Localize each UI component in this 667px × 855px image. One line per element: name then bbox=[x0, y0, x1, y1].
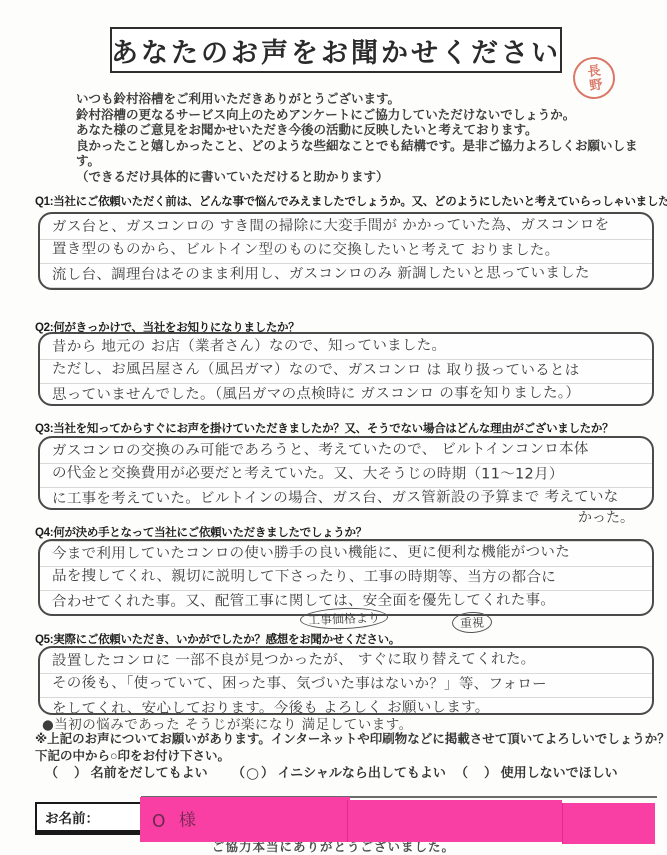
option-mark bbox=[468, 776, 484, 780]
answer-line: に工事を考えていた。ビルトインの場合、ガス台、ガス管新設の予算まで 考えていな bbox=[40, 485, 652, 510]
paren-open: （ bbox=[45, 765, 58, 780]
redaction-tape-segment bbox=[348, 800, 562, 842]
page-title: あなたのお声をお聞かせください bbox=[111, 31, 561, 70]
question-4-label: Q4:何が決め手となって当社にご依頼いただきましたでしょうか？ bbox=[35, 524, 660, 540]
answer-line: その後も、「使っていて、困った事、気づいた事はないか？」等、フォロー bbox=[40, 671, 652, 697]
paren-open: （ bbox=[455, 765, 468, 780]
option-do-not-use: （） 使用しないでほしい bbox=[455, 762, 618, 781]
name-field-label: お名前： bbox=[45, 807, 99, 827]
answer-line: 思っていませんでした。（風呂ガマの点検時に ガスコンロ の事を知りました。） bbox=[40, 381, 652, 406]
answer-line: 昔から 地元の お店（業者さん）なので、知っていました。 bbox=[40, 333, 652, 359]
option-label: イニシャルなら出してもよい bbox=[278, 765, 446, 780]
publish-request-line: ※上記のお声についてお願いがあります。インターネットや印刷物などに掲載させて頂い… bbox=[35, 729, 660, 747]
option-label: 名前をだしてもよい bbox=[91, 765, 208, 780]
option-mark-circled: ○ bbox=[243, 762, 263, 783]
option-use-initial: （○） イニシャルなら出してもよい bbox=[232, 762, 446, 781]
option-label: 使用しないでほしい bbox=[501, 765, 618, 780]
redaction-tape-segment bbox=[563, 803, 655, 844]
intro-line: 鈴村浴槽の更なるサービス向上のためアンケートにご協力していただけないでしょうか。 bbox=[76, 108, 651, 124]
question-4-answer-box: 今まで利用していたコンロの使い勝手の良い機能に、更に便利な機能がついた 品を捜し… bbox=[38, 539, 654, 616]
question-5-answer-box: 設置したコンロに 一部不良が見つかったが、 すぐに取り替えてくれた。 その後も、… bbox=[38, 646, 654, 715]
answer-line: 今まで利用していたコンロの使い勝手の良い機能に、更に便利な機能がついた bbox=[40, 540, 652, 566]
intro-line: あなた様のご意見をお聞かせいただき今後の活動に反映したいと考えております。 bbox=[76, 123, 651, 139]
paren-close: ） bbox=[484, 765, 497, 780]
name-field-value: O 様 bbox=[152, 805, 201, 832]
answer-line: ガス台と、ガスコンロの すき間の掃除に大変手間が かかっていた為、ガスコンロを bbox=[40, 213, 652, 239]
option-mark bbox=[58, 776, 74, 780]
answer-line: 設置したコンロに 一部不良が見つかったが、 すぐに取り替えてくれた。 bbox=[40, 647, 652, 673]
answer-line: ガスコンロの交換のみ可能であろうと、考えていたので、 ビルトインコンロ本体 bbox=[40, 437, 652, 463]
answer-line: 品を捜してくれ、親切に説明して下さったり、工事の時期等、当方の都合に bbox=[40, 564, 652, 590]
answer-line: の代金と交換費用が必要だと考えていた。又、大そうじの時期（11～12月） bbox=[40, 461, 652, 487]
question-1-label: Q1:当社にご依頼いただく前は、どんな事で悩んでみえましたでしょうか。又、どのよ… bbox=[35, 193, 660, 209]
intro-text: いつも鈴村浴槽をご利用いただきありがとうございます。 鈴村浴槽の更なるサービス向… bbox=[76, 92, 651, 186]
paren-close: ） bbox=[261, 765, 274, 780]
question-5-label: Q5:実際にご依頼いただき、いかがでしたか？感想をお聞かせください。 bbox=[35, 631, 660, 647]
survey-scan-page: あなたのお声をお聞かせください 長野 いつも鈴村浴槽をご利用いただきありがとうご… bbox=[0, 0, 667, 855]
paren-close: ） bbox=[74, 765, 87, 780]
intro-line: 良かったこと嬉しかったこと、どのような些細なことでも結構です。是非ご協力よろしく… bbox=[76, 139, 651, 170]
question-3-answer-box: ガスコンロの交換のみ可能であろうと、考えていたので、 ビルトインコンロ本体 の代… bbox=[38, 436, 654, 510]
intro-line: （できるだけ具体的に書いていただけると助かります） bbox=[76, 170, 651, 186]
option-use-name: （） 名前をだしてもよい bbox=[45, 762, 208, 781]
answer-line: ただし、お風呂屋さん（風呂ガマ）なので、ガスコンロ は 取り扱っているとは bbox=[40, 357, 652, 383]
answer-line: 流し台、調理台はそのまま利用し、ガスコンロのみ 新調したいと思っていました bbox=[40, 261, 652, 287]
answer-line: 置き型のものから、ビルトイン型のものに交換したいと考えて おりました。 bbox=[40, 237, 652, 263]
name-field-label-box: お名前： bbox=[35, 802, 143, 835]
question-3-label: Q3:当社を知ってからすぐにお声を掛けていただきましたか？又、そうでない場合はど… bbox=[35, 420, 660, 436]
intro-line: いつも鈴村浴槽をご利用いただきありがとうございます。 bbox=[76, 92, 651, 108]
answer-line: をしてくれ、安心しております。今後も よろしく お願いします。 bbox=[40, 695, 652, 715]
question-1-answer-box: ガス台と、ガスコンロの すき間の掃除に大変手間が かかっていた為、ガスコンロを … bbox=[38, 212, 654, 290]
question-2-answer-box: 昔から 地元の お店（業者さん）なので、知っていました。 ただし、お風呂屋さん（… bbox=[38, 332, 654, 406]
form-title-box: あなたのお声をお聞かせください bbox=[110, 27, 562, 73]
